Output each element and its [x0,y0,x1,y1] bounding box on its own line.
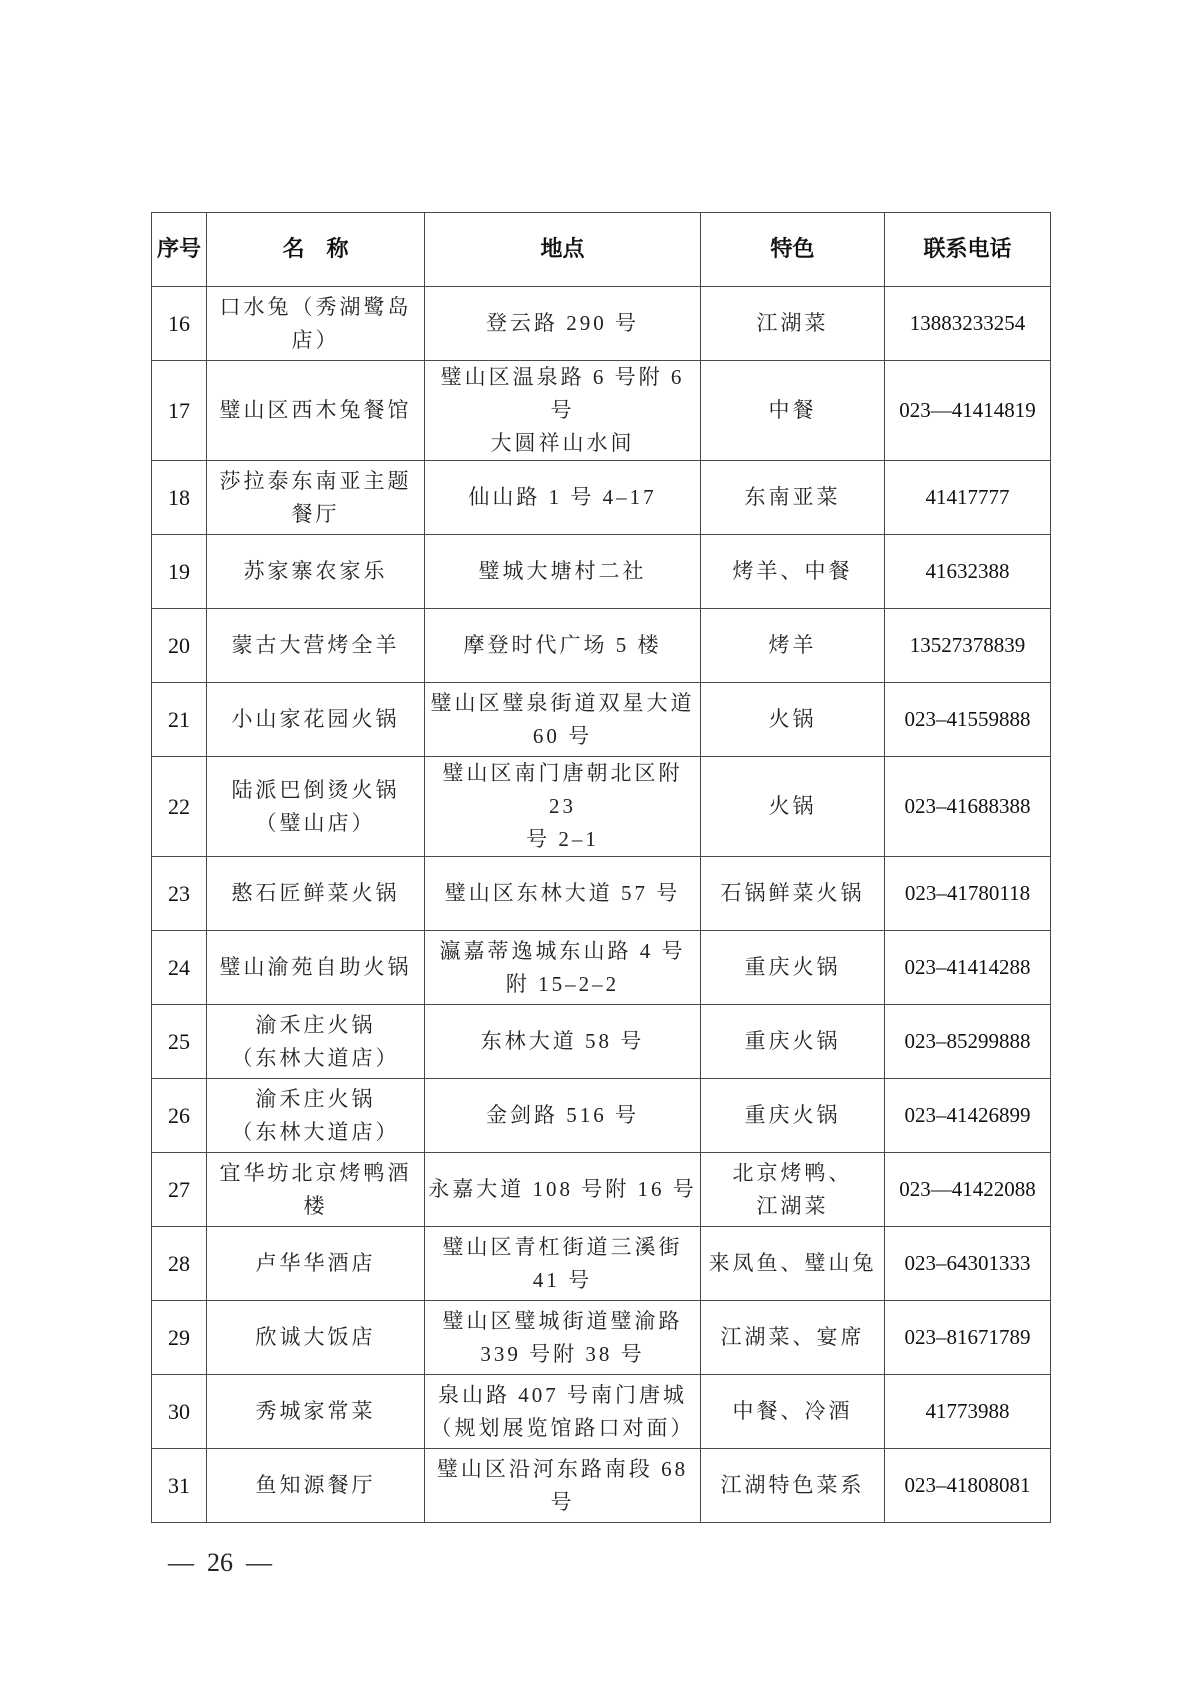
cell-name-line: 秀城家常菜 [209,1395,422,1428]
header-feature: 特色 [701,213,885,287]
cell-name-line: 鱼知源餐厅 [209,1469,422,1502]
table-row: 23憨石匠鲜菜火锅璧山区东林大道 57 号石锅鲜菜火锅023–41780118 [152,857,1051,931]
cell-phone: 023—41414819 [885,361,1051,461]
cell-index: 22 [152,757,207,857]
cell-feature-line: 中餐 [703,394,882,427]
cell-name: 憨石匠鲜菜火锅 [207,857,425,931]
cell-index: 17 [152,361,207,461]
cell-address-line: 璧山区南门唐朝北区附 23 [427,757,698,823]
cell-name: 苏家寨农家乐 [207,535,425,609]
cell-feature: 烤羊、中餐 [701,535,885,609]
header-index: 序号 [152,213,207,287]
cell-index: 26 [152,1079,207,1153]
cell-name-line: （东林大道店） [209,1042,422,1075]
cell-feature-line: 来凤鱼、璧山兔 [703,1247,882,1280]
table-row: 17璧山区西木兔餐馆璧山区温泉路 6 号附 6 号大圆祥山水间中餐023—414… [152,361,1051,461]
cell-phone: 023–85299888 [885,1005,1051,1079]
table-row: 26渝禾庄火锅（东林大道店）金剑路 516 号重庆火锅023–41426899 [152,1079,1051,1153]
table-header-row: 序号 名 称 地点 特色 联系电话 [152,213,1051,287]
cell-feature: 重庆火锅 [701,1079,885,1153]
cell-address-line: 璧山区东林大道 57 号 [427,877,698,910]
cell-name-line: 璧山区西木兔餐馆 [209,394,422,427]
table-row: 22陆派巴倒烫火锅（璧山店）璧山区南门唐朝北区附 23号 2–1火锅023–41… [152,757,1051,857]
cell-feature-line: 重庆火锅 [703,951,882,984]
cell-name-line: 憨石匠鲜菜火锅 [209,877,422,910]
cell-index: 28 [152,1227,207,1301]
cell-address-line: 60 号 [427,720,698,753]
cell-name: 卢华华酒店 [207,1227,425,1301]
cell-address-line: 璧城大塘村二社 [427,555,698,588]
cell-phone: 023–41780118 [885,857,1051,931]
cell-feature-line: 火锅 [703,790,882,823]
page-number: — 26 — [168,1548,272,1578]
cell-feature-line: 烤羊、中餐 [703,555,882,588]
cell-address-line: 璧山区璧泉街道双星大道 [427,687,698,720]
cell-index: 29 [152,1301,207,1375]
cell-feature-line: 江湖特色菜系 [703,1469,882,1502]
cell-address-line: 东林大道 58 号 [427,1025,698,1058]
cell-address-line: 大圆祥山水间 [427,427,698,460]
cell-name-line: 苏家寨农家乐 [209,555,422,588]
cell-name-line: 蒙古大营烤全羊 [209,629,422,662]
cell-address-line: （规划展览馆路口对面） [427,1412,698,1445]
cell-name-line: （璧山店） [209,807,422,840]
cell-feature: 火锅 [701,683,885,757]
cell-index: 16 [152,287,207,361]
cell-feature: 江湖特色菜系 [701,1449,885,1523]
table-row: 27宜华坊北京烤鸭酒楼永嘉大道 108 号附 16 号北京烤鸭、江湖菜023—4… [152,1153,1051,1227]
table-row: 30秀城家常菜泉山路 407 号南门唐城（规划展览馆路口对面）中餐、冷酒4177… [152,1375,1051,1449]
cell-feature-line: 重庆火锅 [703,1025,882,1058]
cell-address: 东林大道 58 号 [425,1005,701,1079]
table-row: 31鱼知源餐厅璧山区沿河东路南段 68 号江湖特色菜系023–41808081 [152,1449,1051,1523]
cell-address-line: 璧山区璧城街道璧渝路 [427,1305,698,1338]
cell-index: 20 [152,609,207,683]
cell-address: 金剑路 516 号 [425,1079,701,1153]
cell-name: 鱼知源餐厅 [207,1449,425,1523]
table-row: 20蒙古大营烤全羊摩登时代广场 5 楼烤羊13527378839 [152,609,1051,683]
cell-address-line: 登云路 290 号 [427,307,698,340]
cell-name-line: 渝禾庄火锅 [209,1083,422,1116]
cell-phone: 13883233254 [885,287,1051,361]
cell-feature-line: 江湖菜、宴席 [703,1321,882,1354]
cell-index: 18 [152,461,207,535]
cell-address-line: 附 15–2–2 [427,968,698,1001]
cell-name: 秀城家常菜 [207,1375,425,1449]
cell-feature: 重庆火锅 [701,1005,885,1079]
cell-name-line: 店） [209,324,422,357]
cell-feature: 中餐 [701,361,885,461]
cell-phone: 023—41422088 [885,1153,1051,1227]
cell-address-line: 339 号附 38 号 [427,1338,698,1371]
cell-phone: 023–41808081 [885,1449,1051,1523]
table-row: 18莎拉泰东南亚主题餐厅仙山路 1 号 4–17东南亚菜41417777 [152,461,1051,535]
cell-name: 口水兔（秀湖鹭岛店） [207,287,425,361]
cell-address-line: 璧山区温泉路 6 号附 6 号 [427,361,698,427]
table-body: 16口水兔（秀湖鹭岛店）登云路 290 号江湖菜1388323325417璧山区… [152,287,1051,1523]
table-row: 16口水兔（秀湖鹭岛店）登云路 290 号江湖菜13883233254 [152,287,1051,361]
cell-feature-line: 北京烤鸭、 [703,1157,882,1190]
cell-index: 27 [152,1153,207,1227]
cell-address: 璧山区沿河东路南段 68 号 [425,1449,701,1523]
cell-name: 欣诚大饭店 [207,1301,425,1375]
table-row: 24璧山渝苑自助火锅瀛嘉蒂逸城东山路 4 号附 15–2–2重庆火锅023–41… [152,931,1051,1005]
cell-name: 莎拉泰东南亚主题餐厅 [207,461,425,535]
cell-phone: 023–41688388 [885,757,1051,857]
cell-phone: 023–41414288 [885,931,1051,1005]
cell-name-line: 陆派巴倒烫火锅 [209,774,422,807]
cell-name: 宜华坊北京烤鸭酒楼 [207,1153,425,1227]
table-row: 29欣诚大饭店璧山区璧城街道璧渝路339 号附 38 号江湖菜、宴席023–81… [152,1301,1051,1375]
cell-index: 23 [152,857,207,931]
cell-address: 瀛嘉蒂逸城东山路 4 号附 15–2–2 [425,931,701,1005]
cell-name-line: 宜华坊北京烤鸭酒楼 [209,1157,422,1223]
cell-name: 璧山区西木兔餐馆 [207,361,425,461]
cell-feature: 石锅鲜菜火锅 [701,857,885,931]
cell-feature: 北京烤鸭、江湖菜 [701,1153,885,1227]
cell-phone: 023–64301333 [885,1227,1051,1301]
cell-address-line: 瀛嘉蒂逸城东山路 4 号 [427,935,698,968]
cell-phone: 023–81671789 [885,1301,1051,1375]
cell-address-line: 金剑路 516 号 [427,1099,698,1132]
header-name: 名 称 [207,213,425,287]
cell-index: 30 [152,1375,207,1449]
cell-phone: 023–41559888 [885,683,1051,757]
cell-phone: 41773988 [885,1375,1051,1449]
cell-index: 31 [152,1449,207,1523]
cell-name-line: 口水兔（秀湖鹭岛 [209,291,422,324]
cell-name: 渝禾庄火锅（东林大道店） [207,1005,425,1079]
cell-address: 璧山区璧城街道璧渝路339 号附 38 号 [425,1301,701,1375]
cell-phone: 41417777 [885,461,1051,535]
cell-address-line: 号 2–1 [427,823,698,856]
table-row: 25渝禾庄火锅（东林大道店）东林大道 58 号重庆火锅023–85299888 [152,1005,1051,1079]
cell-address: 仙山路 1 号 4–17 [425,461,701,535]
cell-name-line: 卢华华酒店 [209,1247,422,1280]
cell-name-line: 欣诚大饭店 [209,1321,422,1354]
cell-feature: 重庆火锅 [701,931,885,1005]
cell-address: 泉山路 407 号南门唐城（规划展览馆路口对面） [425,1375,701,1449]
cell-name: 小山家花园火锅 [207,683,425,757]
cell-name: 渝禾庄火锅（东林大道店） [207,1079,425,1153]
cell-feature-line: 石锅鲜菜火锅 [703,877,882,910]
cell-feature: 来凤鱼、璧山兔 [701,1227,885,1301]
cell-name-line: 渝禾庄火锅 [209,1009,422,1042]
cell-address-line: 泉山路 407 号南门唐城 [427,1379,698,1412]
cell-feature: 东南亚菜 [701,461,885,535]
cell-index: 24 [152,931,207,1005]
cell-feature-line: 烤羊 [703,629,882,662]
cell-address: 璧山区东林大道 57 号 [425,857,701,931]
cell-name: 蒙古大营烤全羊 [207,609,425,683]
cell-feature-line: 中餐、冷酒 [703,1395,882,1428]
cell-feature: 中餐、冷酒 [701,1375,885,1449]
cell-address-line: 41 号 [427,1264,698,1297]
cell-feature-line: 东南亚菜 [703,481,882,514]
cell-address: 璧山区温泉路 6 号附 6 号大圆祥山水间 [425,361,701,461]
cell-name: 陆派巴倒烫火锅（璧山店） [207,757,425,857]
cell-index: 19 [152,535,207,609]
cell-address: 璧山区璧泉街道双星大道60 号 [425,683,701,757]
cell-feature: 江湖菜、宴席 [701,1301,885,1375]
header-phone: 联系电话 [885,213,1051,287]
table-row: 21小山家花园火锅璧山区璧泉街道双星大道60 号火锅023–41559888 [152,683,1051,757]
cell-address: 摩登时代广场 5 楼 [425,609,701,683]
cell-address-line: 璧山区青杠街道三溪街 [427,1231,698,1264]
cell-address-line: 璧山区沿河东路南段 68 号 [427,1453,698,1519]
cell-address: 永嘉大道 108 号附 16 号 [425,1153,701,1227]
restaurant-table: 序号 名 称 地点 特色 联系电话 16口水兔（秀湖鹭岛店）登云路 290 号江… [151,212,1051,1523]
cell-address: 登云路 290 号 [425,287,701,361]
cell-feature-line: 火锅 [703,703,882,736]
cell-address-line: 摩登时代广场 5 楼 [427,629,698,662]
cell-name-line: 璧山渝苑自助火锅 [209,951,422,984]
cell-address: 璧山区南门唐朝北区附 23号 2–1 [425,757,701,857]
header-address: 地点 [425,213,701,287]
cell-phone: 023–41426899 [885,1079,1051,1153]
cell-feature: 火锅 [701,757,885,857]
cell-address: 璧山区青杠街道三溪街41 号 [425,1227,701,1301]
cell-address: 璧城大塘村二社 [425,535,701,609]
cell-name: 璧山渝苑自助火锅 [207,931,425,1005]
table-row: 19苏家寨农家乐璧城大塘村二社烤羊、中餐41632388 [152,535,1051,609]
cell-name-line: 小山家花园火锅 [209,703,422,736]
cell-phone: 41632388 [885,535,1051,609]
cell-name-line: （东林大道店） [209,1116,422,1149]
cell-feature-line: 重庆火锅 [703,1099,882,1132]
cell-feature: 烤羊 [701,609,885,683]
cell-feature-line: 江湖菜 [703,1190,882,1223]
cell-index: 25 [152,1005,207,1079]
cell-index: 21 [152,683,207,757]
cell-address-line: 永嘉大道 108 号附 16 号 [427,1173,698,1206]
cell-phone: 13527378839 [885,609,1051,683]
cell-feature-line: 江湖菜 [703,307,882,340]
cell-name-line: 莎拉泰东南亚主题 [209,465,422,498]
table-row: 28卢华华酒店璧山区青杠街道三溪街41 号来凤鱼、璧山兔023–64301333 [152,1227,1051,1301]
cell-address-line: 仙山路 1 号 4–17 [427,481,698,514]
cell-feature: 江湖菜 [701,287,885,361]
cell-name-line: 餐厅 [209,498,422,531]
